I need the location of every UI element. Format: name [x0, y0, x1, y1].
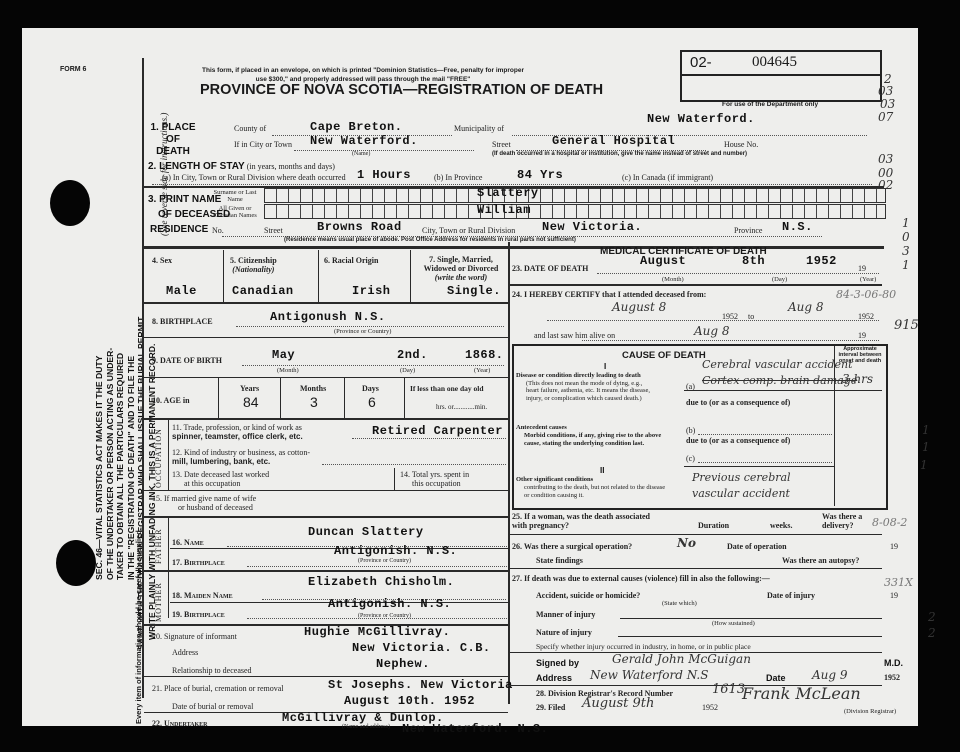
physician-signature: Gerald John McGuigan	[612, 652, 751, 666]
md-label: M.D.	[884, 658, 903, 668]
registration-prefix: 02-	[690, 54, 712, 71]
other-conditions-description: Other significant conditions contributin…	[516, 476, 666, 500]
year-caption: (Year)	[860, 276, 876, 283]
age-months-value: 3	[310, 394, 318, 410]
margin-code: 915	[894, 318, 919, 333]
margin-code: 03	[878, 84, 893, 98]
state-which-caption: (State which)	[662, 600, 697, 607]
dod-month-value: August	[640, 254, 686, 268]
last-worked-label: 13. Date deceased last worked at this oc…	[172, 470, 269, 488]
day-caption: (Day)	[772, 276, 787, 283]
interval-a-value: 3 hrs	[842, 372, 873, 386]
father-birthplace-value: Antigonish. N.S.	[334, 544, 457, 558]
margin-code: 03	[878, 152, 893, 166]
surname-grid	[264, 188, 886, 203]
cause-a-struck-value: Cortex comp. brain damage	[702, 374, 857, 387]
street-value: General Hospital	[552, 134, 675, 148]
physician-address-label: Address	[536, 673, 572, 683]
margin-code: 2	[928, 626, 936, 640]
part-one-description: Disease or condition directly leading to…	[516, 372, 656, 402]
date-of-death-label: 23. DATE OF DEATH	[512, 264, 588, 273]
dob-day-value: 2nd.	[397, 348, 428, 362]
days-label: Days	[362, 384, 379, 393]
mother-birthplace-label: 19. Birthplace	[172, 610, 225, 619]
hrs-min-label: hrs. or............min.	[436, 403, 487, 411]
signed-date-year: 1952	[884, 673, 900, 682]
death-registration-form: FORM 6 SEC. 46—VITAL STATISTICS ACT MAKE…	[22, 28, 918, 726]
century-prefix: 19	[890, 591, 898, 600]
day-caption: (Day)	[400, 367, 415, 374]
province-caption: (Province or Country)	[358, 558, 411, 564]
manner-label: Manner of injury	[536, 610, 595, 619]
residence-street-value: Browns Road	[317, 220, 402, 234]
name-caption: (Name)	[352, 151, 370, 157]
dob-year-value: 1868.	[465, 348, 504, 362]
certify-label: 24. I HEREBY CERTIFY that I attended dec…	[512, 290, 706, 299]
dob-month-value: May	[272, 348, 295, 362]
informant-signature-label: 20. Signature of informant	[152, 632, 237, 641]
surgery-label: 26. Was there a surgical operation?	[512, 542, 632, 551]
margin-code: 2	[928, 610, 936, 624]
hospital-note: (If death occurred in a hospital or inst…	[492, 151, 747, 157]
part-one-label: I	[604, 362, 606, 371]
accident-label: Accident, suicide or homicide?	[536, 591, 640, 600]
registration-number-box: 02- 004645	[680, 50, 882, 102]
residence-note: (Residence means usual place of abode. P…	[284, 237, 576, 243]
surgery-value: No	[677, 536, 696, 550]
mother-name-label: 18. Maiden Name	[172, 591, 233, 600]
how-sustained-caption: (How sustained)	[712, 620, 755, 627]
external-causes-label: 27. If death was due to external causes …	[512, 574, 770, 583]
margin-code: 1	[902, 216, 910, 230]
department-note: For use of the Department only	[722, 101, 818, 108]
surname-label: Surname or Last Name	[210, 189, 260, 203]
part-two-label: II	[600, 466, 604, 475]
stay-canada-label: (c) In Canada (if immigrant)	[622, 173, 713, 182]
municipality-label: Municipality of	[454, 124, 504, 133]
statute-text: SEC. 46—VITAL STATISTICS ACT MAKES IT TH…	[94, 315, 157, 650]
stay-province-value: 84 Yrs	[517, 168, 563, 182]
mother-section-label: MOTHER	[154, 582, 163, 622]
antecedent-description: Antecedent causes Morbid conditions, if …	[516, 424, 666, 448]
age-days-value: 6	[368, 394, 376, 410]
attended-from-value: August 8	[612, 300, 666, 314]
punch-hole	[50, 180, 90, 226]
filed-value: August 9th	[582, 696, 654, 711]
due-to-label: due to (or as a consequence of)	[686, 398, 790, 407]
occupation-section-label: OCCUPATION	[154, 428, 163, 488]
residence-province-label: Province	[734, 226, 762, 235]
place-of-death-label: 1. PLACE OF DEATH	[148, 122, 198, 158]
pregnancy-label: 25. If a woman, was the death associated…	[512, 512, 652, 530]
sex-label: 4. Sex	[152, 256, 172, 265]
signed-date-value: Aug 9	[812, 668, 848, 682]
left-border	[142, 58, 144, 698]
age-label: 10. AGE in	[152, 396, 190, 405]
burial-place-label: 21. Place of burial, cremation or remova…	[152, 684, 284, 693]
age-years-value: 84	[243, 394, 259, 410]
margin-code: 3	[902, 244, 910, 258]
city-value: New Waterford.	[310, 134, 418, 148]
residence-label: RESIDENCE	[150, 224, 208, 235]
last-saw-value: Aug 8	[694, 324, 730, 338]
length-of-stay-label: 2. LENGTH OF STAY (in years, months and …	[148, 161, 335, 172]
margin-code: 1	[922, 440, 930, 454]
given-names-label: All Given or Christian Names	[210, 205, 260, 219]
margin-code: 1	[922, 423, 930, 437]
residence-no-label: No.	[212, 226, 224, 235]
residence-street-label: Street	[264, 226, 283, 235]
residence-province-value: N.S.	[782, 220, 813, 234]
surname-value: Slattery	[477, 186, 539, 200]
weeks-label: weeks.	[770, 521, 792, 530]
center-divider	[508, 242, 510, 704]
page-title: PROVINCE OF NOVA SCOTIA—REGISTRATION OF …	[200, 82, 603, 98]
year-caption: (Year)	[474, 367, 490, 374]
father-birthplace-label: 17. Birthplace	[172, 558, 225, 567]
duration-label: Duration	[698, 521, 729, 530]
cause-c-prefix: (c)	[686, 454, 695, 463]
century-prefix: 19	[858, 264, 866, 273]
cause-b-prefix: (b)	[686, 426, 695, 435]
spouse-label: 15. If married give name of wife or husb…	[152, 494, 256, 512]
margin-code: 07	[878, 110, 893, 124]
birthplace-label: 8. BIRTHPLACE	[152, 317, 213, 326]
stay-city-label: (a) In City, Town or Rural Division wher…	[162, 173, 346, 182]
autopsy-label: Was there an autopsy?	[782, 556, 859, 565]
registrar-caption: (Division Registrar)	[844, 708, 896, 715]
century-prefix: 19	[890, 542, 898, 551]
punch-hole	[56, 540, 96, 586]
given-names-value: William	[477, 203, 531, 217]
registration-number: 004645	[752, 54, 797, 71]
house-no-label: House No.	[724, 140, 758, 149]
county-label: County of	[234, 124, 266, 133]
residence-city-label: City, Town or Rural Division	[422, 226, 515, 235]
municipality-value: New Waterford.	[647, 112, 755, 126]
margin-code: 03	[880, 97, 895, 111]
informant-address-value: New Victoria. C.B.	[352, 641, 491, 655]
marital-status-label: 7. Single, Married, Widowed or Divorced …	[415, 255, 507, 282]
registrar-signature: Frank McLean	[742, 684, 861, 703]
total-years-label: 14. Total yrs. spent in this occupation	[400, 470, 469, 488]
delivery-note: 8-08-2	[872, 516, 907, 529]
dod-day-value: 8th	[742, 254, 765, 268]
citizenship-label: 5. Citizenship (Nationality)	[230, 256, 277, 274]
given-names-grid	[264, 204, 886, 219]
filed-year: 1952	[702, 703, 718, 712]
racial-origin-label: 6. Racial Origin	[324, 256, 378, 265]
marital-status-value: Single.	[447, 284, 501, 298]
date-of-birth-label: 9. DATE OF BIRTH	[152, 356, 222, 365]
mother-birthplace-value: Antigonish. N.S.	[328, 597, 451, 611]
undertaker-address-value: New Waterford. N.S.	[402, 722, 548, 736]
years-label: Years	[240, 384, 259, 393]
margin-note: 84-3-06-80	[836, 288, 896, 301]
signed-by-label: Signed by	[536, 658, 579, 668]
margin-code: 0	[902, 230, 910, 244]
month-caption: (Month)	[662, 276, 684, 283]
dod-year-value: 1952	[806, 254, 837, 268]
industry-label: 12. Kind of industry or business, as cot…	[172, 448, 310, 466]
informant-address-label: Address	[172, 648, 198, 657]
residence-city-value: New Victoria.	[542, 220, 642, 234]
margin-code: 1	[920, 458, 928, 472]
undertaker-caption: (Name and address)	[342, 724, 390, 730]
father-name-value: Duncan Slattery	[308, 525, 424, 539]
burial-date-value: August 10th. 1952	[344, 694, 475, 708]
external-note: 331X	[884, 576, 913, 589]
province-caption: (Province or Country)	[334, 328, 391, 335]
sex-value: Male	[166, 284, 197, 298]
form-number: FORM 6	[60, 66, 86, 73]
century-prefix: 19	[858, 331, 866, 340]
county-value: Cape Breton.	[310, 120, 402, 134]
signed-date-label: Date	[766, 673, 786, 683]
province-caption: (Province or Country)	[358, 613, 411, 619]
stay-city-value: 1 Hours	[357, 168, 411, 182]
racial-origin-value: Irish	[352, 284, 391, 298]
margin-code: 1	[902, 258, 910, 272]
physician-address-value: New Waterford N.S	[590, 668, 708, 682]
undertaker-label: 22. Undertaker	[152, 719, 207, 728]
trade-value: Retired Carpenter	[372, 424, 503, 438]
due-to-label: due to (or as a consequence of)	[686, 436, 790, 445]
father-name-label: 16. Name	[172, 538, 204, 547]
less-than-day-label: If less than one day old	[410, 384, 484, 393]
relationship-value: Nephew.	[376, 657, 430, 671]
citizenship-value: Canadian	[232, 284, 294, 298]
injury-location-label: Specify whether injury occurred in indus…	[536, 642, 751, 651]
father-section-label: FATHER	[154, 528, 163, 564]
attended-to-value: Aug 8	[788, 300, 824, 314]
other-conditions-value: Previous cerebral vascular accident	[692, 470, 832, 502]
burial-place-value: St Josephs. New Victoria	[328, 678, 513, 692]
filed-label: 29. Filed	[536, 703, 565, 712]
findings-label: State findings	[536, 556, 583, 565]
injury-date-label: Date of injury	[767, 591, 815, 600]
last-saw-label: and last saw him alive on	[534, 331, 615, 340]
street-label: Street	[492, 140, 511, 149]
trade-label: 11. Trade, profession, or kind of work a…	[172, 423, 303, 441]
mother-name-value: Elizabeth Chisholm.	[308, 575, 454, 589]
record-number-value: 1613	[712, 682, 745, 697]
informant-signature-value: Hughie McGillivray.	[304, 625, 450, 639]
nature-label: Nature of injury	[536, 628, 592, 637]
cause-a-value: Cerebral vascular accident	[702, 358, 853, 371]
burial-date-label: Date of burial or removal	[172, 702, 253, 711]
cause-of-death-heading: CAUSE OF DEATH	[622, 350, 706, 361]
month-caption: (Month)	[277, 367, 299, 374]
relationship-label: Relationship to deceased	[172, 666, 252, 675]
stay-province-label: (b) In Province	[434, 173, 482, 182]
operation-date-label: Date of operation	[727, 542, 787, 551]
birthplace-value: Antigonush N.S.	[270, 310, 386, 324]
city-label: If in City or Town	[234, 140, 292, 149]
months-label: Months	[300, 384, 326, 393]
